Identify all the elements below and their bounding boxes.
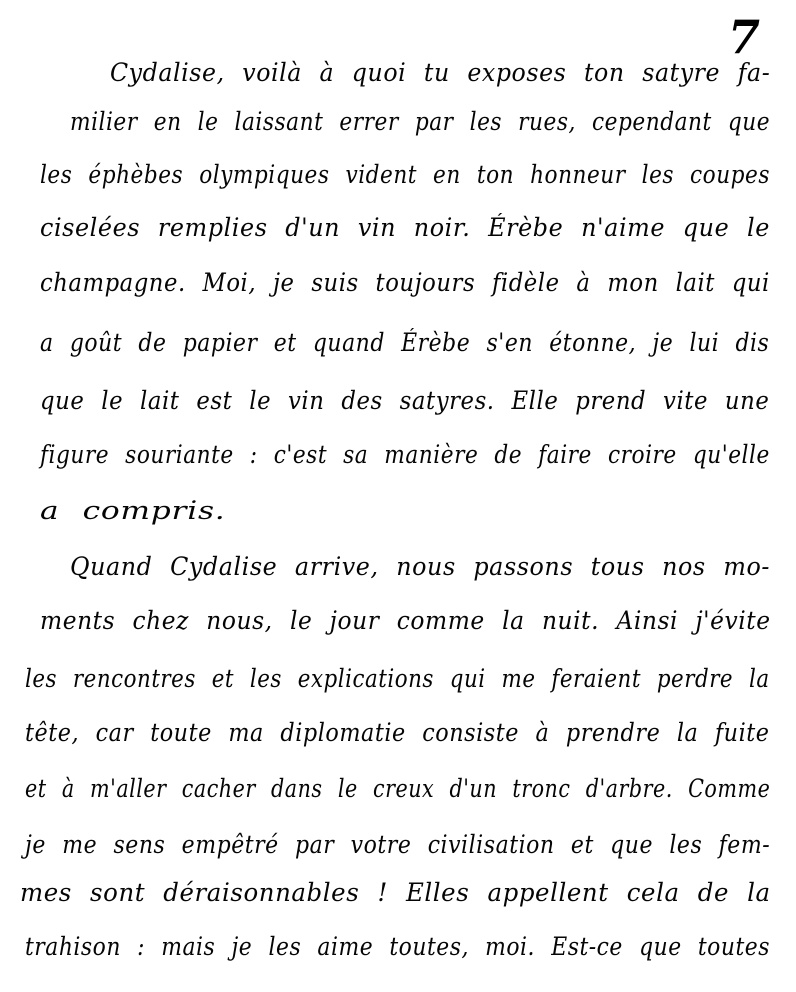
manuscript-line: mes sont déraisonnables ! Elles appellen… <box>20 878 771 907</box>
manuscript-line: et à m'aller cacher dans le creux d'un t… <box>25 774 770 803</box>
manuscript-line: les éphèbes olympiques vident en ton hon… <box>40 160 770 189</box>
manuscript-line: a goût de papier et quand Érèbe s'en éto… <box>40 328 769 357</box>
manuscript-line: ments chez nous, le jour comme la nuit. … <box>40 606 771 635</box>
manuscript-line: a compris. <box>40 496 225 525</box>
manuscript-line: Quand Cydalise arrive, nous passons tous… <box>70 552 770 581</box>
manuscript-line: champagne. Moi, je suis toujours fidèle … <box>40 268 770 297</box>
manuscript-line: milier en le laissant errer par les rues… <box>70 107 770 136</box>
manuscript-page: 7 Cydalise, voilà à quoi tu exposes ton … <box>0 0 796 992</box>
page-number: 7 <box>728 14 760 60</box>
manuscript-line: les rencontres et les explications qui m… <box>25 664 770 693</box>
manuscript-line: que le lait est le vin des satyres. Elle… <box>40 386 769 415</box>
manuscript-line: Cydalise, voilà à quoi tu exposes ton sa… <box>110 58 716 87</box>
manuscript-line: je me sens empêtré par votre civilisatio… <box>25 830 770 859</box>
manuscript-line: trahison : mais je les aime toutes, moi.… <box>25 932 770 961</box>
manuscript-line: ciselées remplies d'un vin noir. Érèbe n… <box>40 213 770 242</box>
manuscript-line: figure souriante : c'est sa manière de f… <box>40 440 770 469</box>
manuscript-line: tête, car toute ma diplomatie consiste à… <box>25 718 769 747</box>
